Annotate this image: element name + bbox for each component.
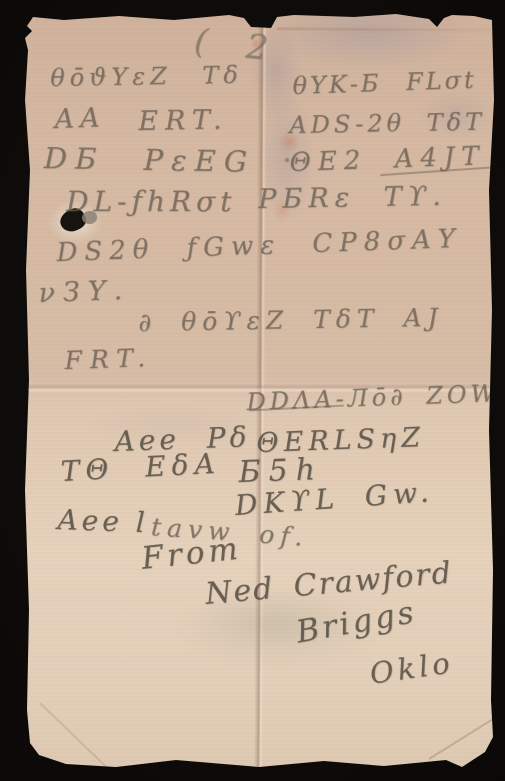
script-line-6: νЗΥ. (38, 277, 131, 307)
script-line-8: FRT. (64, 345, 154, 373)
top-edge-crease (277, 27, 491, 31)
script-line-3-left: DБ ΡεΕG (43, 144, 255, 177)
script-line-2-right: ADS-2θ ΤδΤ (289, 110, 485, 137)
script-line-5: DS2θ ƒGwε CΡ8σΑΥ (56, 226, 462, 266)
photo-black-backdrop: ( 2 θōϑΥεZ Τδ θΥΚ-Б FLσt AA ERT. ADS-2θ … (0, 0, 505, 781)
bottom-right-corner-crease (428, 705, 505, 760)
script-line-10-right: ΘΕRLSηZ (256, 424, 425, 457)
script-line-13-left: Aee l (57, 506, 149, 537)
from-label: From (140, 534, 243, 575)
script-line-4-left: DL-ƒhRσt (66, 188, 236, 216)
script-line-1-left: θōϑΥεZ Τδ (50, 63, 243, 90)
bottom-left-corner-crease (39, 702, 109, 769)
letter-paper: ( 2 θōϑΥεZ Τδ θΥΚ-Б FLσt AA ERT. ADS-2θ … (24, 10, 494, 770)
script-line-2-mid: ERT. (138, 106, 229, 135)
script-line-1-right: θΥΚ-Б FLσt (292, 68, 477, 98)
script-line-11-left: ΤΘ ΕδΑ (60, 450, 221, 486)
script-line-4-right: ΡБRε Τϒ. (258, 183, 447, 213)
script-line-3-right: ΘΕ2 Α4ЈΤ (289, 143, 486, 176)
script-line-2-left: AA (54, 104, 106, 133)
script-line-9: DDΛΑ-Лō∂ ΖΟW (246, 381, 499, 414)
script-line-7: ∂ θōϒεZ ΤδΤ ΑЈ (138, 305, 444, 335)
signature-state: Oklo (368, 648, 455, 688)
